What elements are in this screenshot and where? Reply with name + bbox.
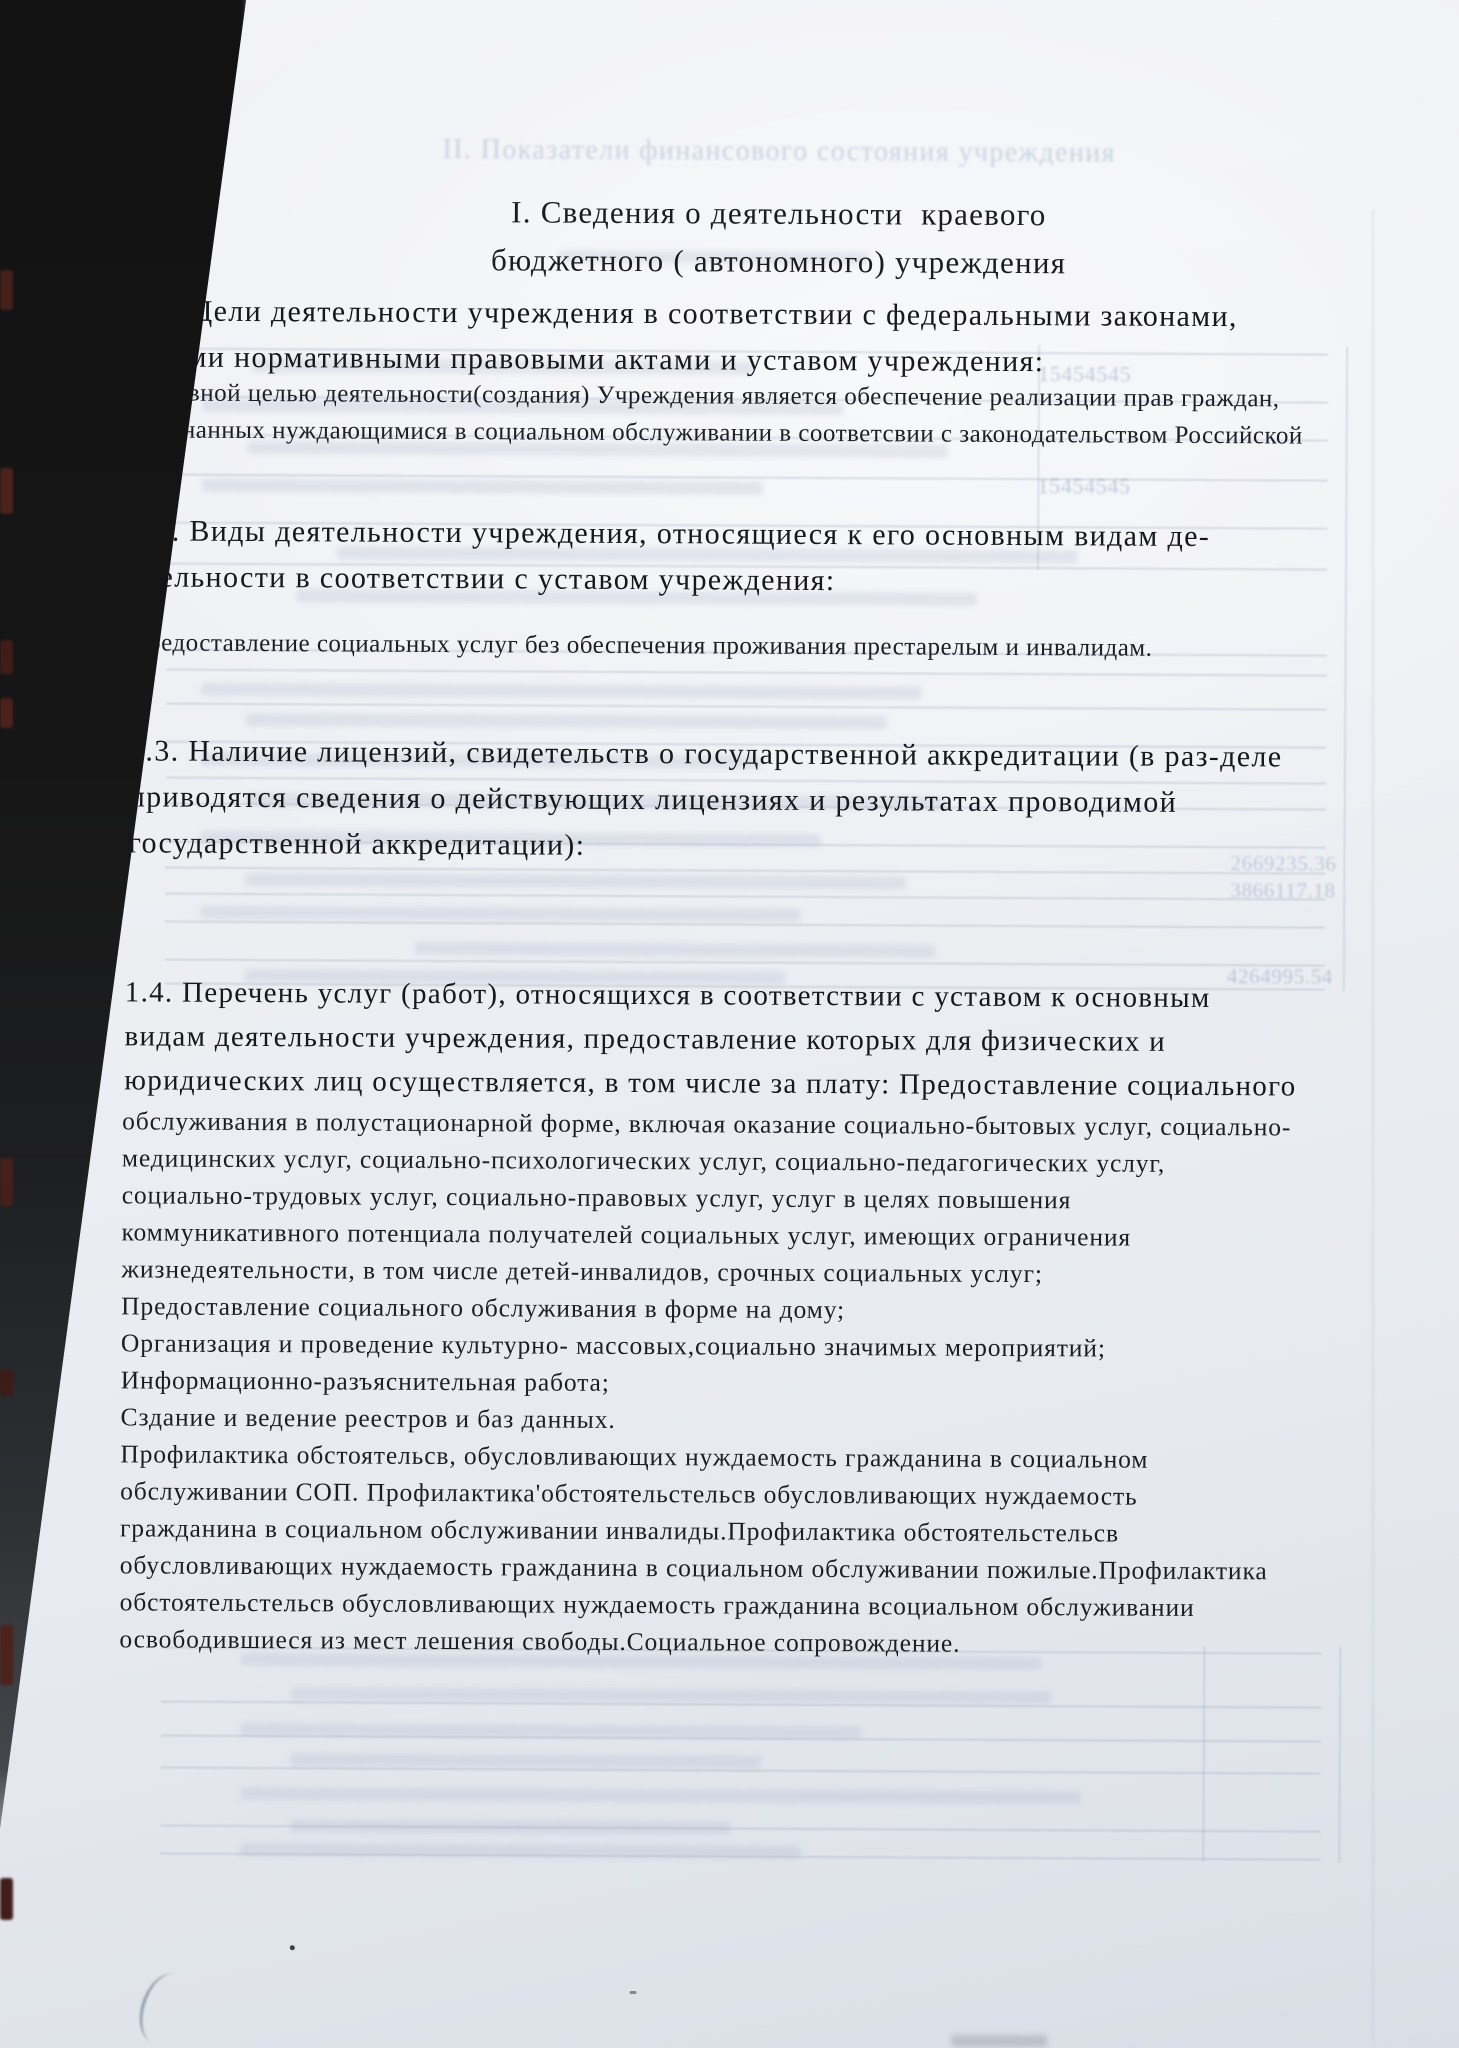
pen-mark [132, 1968, 195, 2048]
section-1-3-heading: 1.3. Наличие лицензий, свидетельств о го… [128, 728, 1282, 872]
ink-dot [290, 1945, 295, 1950]
page-title: I. Сведения о деятельности краевогобюдже… [104, 186, 1454, 289]
section-1-1-body: Основной целью деятельности(создания) Уч… [131, 374, 1303, 454]
scanned-document-page: 15454545 15454545 2669235.36 3866117.18 … [0, 0, 1459, 2048]
page-content: 15454545 15454545 2669235.36 3866117.18 … [0, 0, 1459, 2048]
section-1-2-heading: 1.2. Виды деятельности учреждения, относ… [130, 508, 1210, 606]
ink-speck [630, 1991, 637, 1994]
bottom-smudge [951, 2035, 1047, 2048]
section-1-4-heading: 1.4. Перечень услуг (работ), относящихся… [124, 970, 1297, 1108]
ghost-section-heading: II. Показатели финансового состояния учр… [104, 132, 1454, 171]
ghost-number: 15454545 [1037, 473, 1130, 499]
section-1-1-heading: 1.1. Цели деятельности учреждения в соот… [131, 288, 1238, 386]
section-1-4-body: обслуживания в полустационарной форме, в… [119, 1102, 1291, 1663]
section-1-2-body: Предоставление социальных услуг без обес… [130, 624, 1153, 666]
paper-fold-line [1372, 210, 1374, 2040]
ghost-number: 3866117.18 [1230, 878, 1335, 904]
